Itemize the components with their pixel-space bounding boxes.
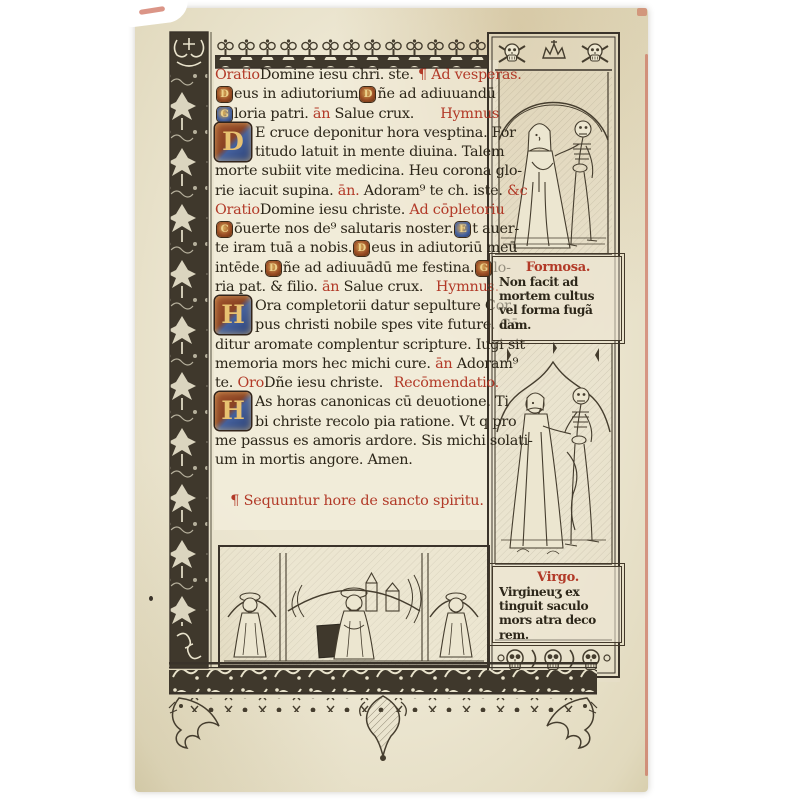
illuminated-initial: D: [217, 87, 232, 102]
large-illuminated-initial: D: [215, 123, 251, 161]
illuminated-initial: D: [266, 261, 281, 276]
caption-line: dam.: [499, 318, 617, 332]
text-line: Ora completorii datur sepulture Cor: [255, 297, 499, 316]
caption-formosa: Formosa. Non facit admortem cultusvel fo…: [492, 256, 622, 341]
text-line: bi christe recolo pia ratione. Vt q pro: [255, 413, 499, 432]
large-illuminated-initial: H: [215, 392, 251, 430]
scanned-leaf: OratioDomine iesu chri. ste. ¶ Ad vesper…: [0, 0, 800, 800]
top-crenellated-border: [215, 38, 487, 68]
text-line: pus christi nobile spes vite future. Cō: [255, 316, 499, 335]
text-line: OratioDomine iesu chri. ste. ¶ Ad vesper…: [215, 66, 499, 85]
illuminated-initial: D: [360, 87, 375, 102]
text-line: um in mortis angore. Amen.: [215, 451, 499, 470]
red-edge-mark: [637, 8, 647, 16]
text-line: Gloria patri. ān Salue crux.Hymnus: [215, 105, 499, 124]
torn-corner: [124, 0, 191, 28]
section-heading: ¶ Sequuntur hore de sancto spiritu.: [215, 492, 499, 511]
large-illuminated-initial: H: [215, 296, 251, 334]
left-foliate-border: [163, 32, 215, 668]
text-line: As horas canonicas cū deuotione. Ti: [255, 393, 499, 412]
text-line: OratioDomine iesu christe. Ad cōpletoriu: [215, 201, 499, 220]
red-page-edge: [645, 54, 648, 776]
caption-virgo-text: Virgineuʒ extinguit saculomors atra deco…: [499, 585, 617, 642]
caption-line: vel forma fugã: [499, 303, 617, 317]
ink-speck: [149, 596, 153, 601]
text-line: te iram tuā a nobis.Deus in adiutoriū me…: [215, 239, 499, 258]
caption-line: mors atra deco: [499, 613, 617, 627]
caption-line: mortem cultus: [499, 289, 617, 303]
text-line: memoria mors hec michi cure. ān Adoram⁹: [215, 355, 499, 374]
text-line: rie iacuit supina. ān. Adoram⁹ te ch. is…: [215, 182, 499, 201]
text-line: me passus es amoris ardore. Sis michi so…: [215, 432, 499, 451]
illuminated-initial: G: [217, 107, 232, 122]
text-line: Cōuerte nos de⁹ salutaris noster.Et auer…: [215, 220, 499, 239]
illuminated-initial: C: [217, 222, 232, 237]
text-line: te. OroDñe iesu christe. Recōmendatio.: [215, 374, 499, 393]
caption-line: rem.: [499, 628, 617, 642]
bottom-scene-woodcut: [218, 545, 490, 667]
text-line: morte subiit vite medicina. Heu corona g…: [215, 162, 499, 181]
caption-formosa-title: Formosa.: [499, 260, 617, 275]
caption-formosa-text: Non facit admortem cultusvel forma fugãd…: [499, 275, 617, 332]
illuminated-initial: D: [354, 241, 369, 256]
text-line: intēde.Dñe ad adiuuādū me festina.Glo-: [215, 259, 499, 278]
manuscript-page: OratioDomine iesu chri. ste. ¶ Ad vesper…: [135, 8, 648, 792]
text-line: Deus in adiutoriumDñe ad adiuuandū: [215, 85, 499, 104]
caption-line: Non facit ad: [499, 275, 617, 289]
text-line: titudo latuit in mente diuina. Talem: [255, 143, 499, 162]
maiden-with-death-woodcut: [495, 342, 612, 564]
text-line: E cruce deponitur hora vesptina. For: [255, 124, 499, 143]
illuminated-initial: E: [455, 222, 470, 237]
caption-line: Virgineuʒ ex: [499, 585, 617, 599]
illuminated-initial: G: [476, 261, 491, 276]
caption-line: tinguit saculo: [499, 599, 617, 613]
bottom-frieze-border: [169, 662, 605, 762]
text-line: ditur aromate complentur scripture. Iugi…: [215, 336, 499, 355]
caption-virgo: Virgo. Virgineuʒ extinguit saculomors at…: [492, 566, 622, 643]
text-line: ria pat. & filio. ān Salue crux.Hymnus.: [215, 278, 499, 297]
caption-virgo-title: Virgo.: [499, 570, 617, 585]
